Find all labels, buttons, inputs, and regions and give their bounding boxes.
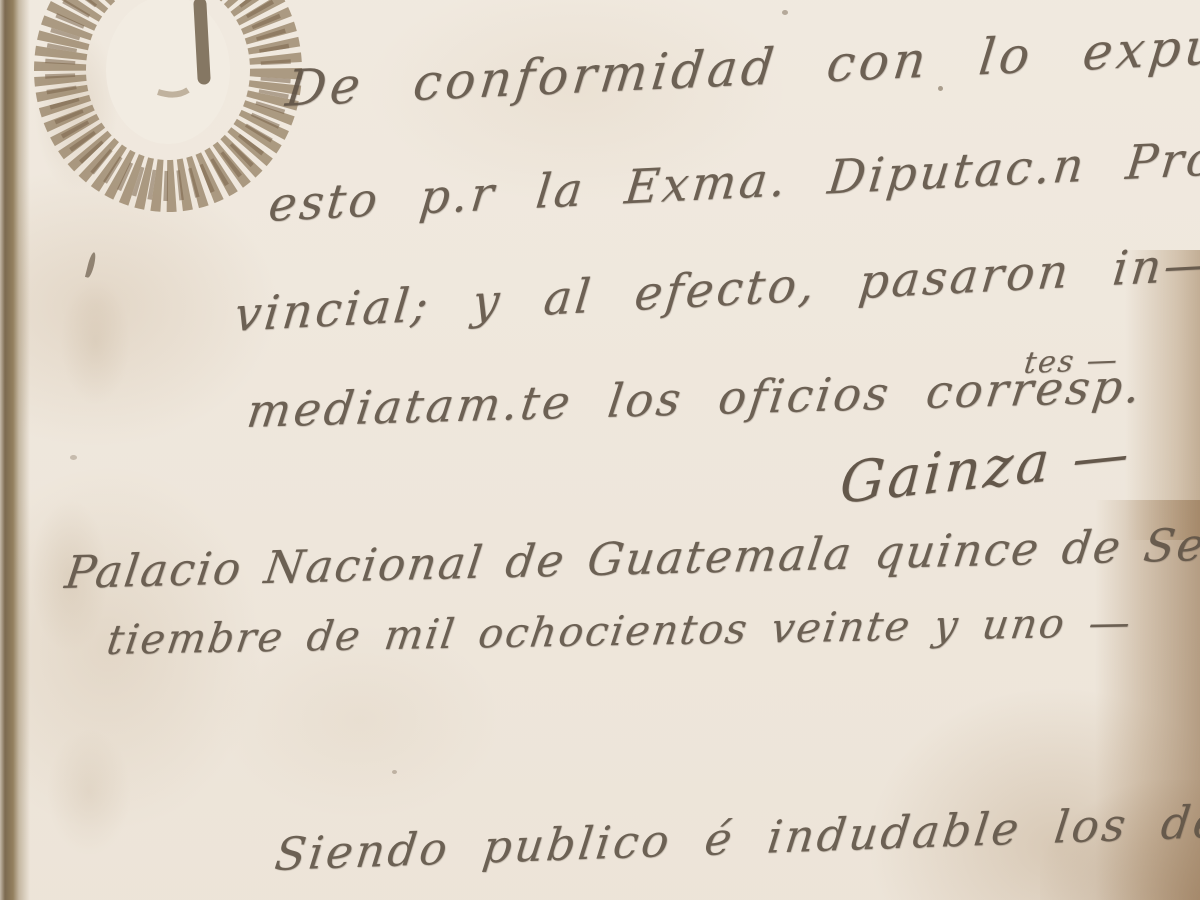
manuscript-line-6-dateline: tiembre de mil ochocientos veinte y uno … (104, 598, 1135, 664)
ink-speck (392, 770, 397, 774)
manuscript-line-3: vincial; y al efecto, pasaron in— (232, 236, 1200, 343)
manuscript-line-4: mediatam.te los oficios corresp. (244, 359, 1146, 438)
manuscript-line-1: De conformidad con lo expu— (283, 15, 1200, 118)
ink-speck (938, 86, 943, 91)
manuscript-line-2: esto p.r la Exma. Diputac.n Pro— (266, 129, 1200, 233)
seal-center (106, 0, 230, 144)
ink-speck (782, 10, 788, 15)
manuscript-line-5-dateline: Palacio Nacional de Guatemala quince de … (62, 517, 1200, 599)
ink-speck (70, 455, 77, 460)
seal-center-mark (200, 4, 204, 78)
manuscript-line-4-superscript: tes — (1022, 343, 1121, 381)
signature-gainza: Gainza — (838, 421, 1134, 517)
manuscript-page: De conformidad con lo expu— esto p.r la … (0, 0, 1200, 900)
